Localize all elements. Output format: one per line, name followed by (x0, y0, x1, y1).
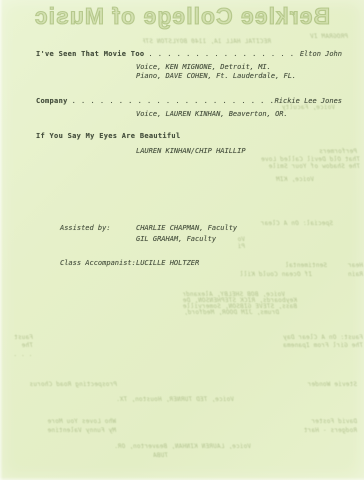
bleedthrough-text-line: Rain (345, 271, 363, 278)
bleedthrough-text-line: Heart (347, 262, 363, 269)
song-entry: Company . . . . . . . . . . . . . . . . … (36, 97, 342, 106)
bleedthrough-text-line: If Ocean Could Kill (240, 271, 312, 278)
bleedthrough-text-line: Faust: On A Clear Day (243, 334, 363, 341)
bleedthrough-text-line: RECITAL HALL 1A, 1140 BOYLSTON STREET (143, 38, 271, 45)
bleedthrough-text-line: Drums, JIM DOOR, Medford, MA. (183, 309, 279, 316)
credit-label: Assisted by: (60, 224, 111, 233)
bleedthrough-text-line: The Shadow of Your Smile (238, 163, 360, 170)
bleedthrough-text-line: . . . (6, 351, 32, 358)
performer-line: LAUREN KINHAN/CHIP HAILLIP (136, 147, 246, 156)
bleedthrough-text-line: Faust (3, 334, 33, 341)
bleedthrough-text-line: Voice, TED TURNER, Houston, TX. (100, 396, 234, 403)
dot-leader: . . . . . . . . . . . . . . . . . . . . … (144, 50, 299, 59)
song-entry: I've Seen That Movie Too . . . . . . . .… (36, 50, 342, 59)
song-artist: Elton John (300, 50, 342, 59)
bleedthrough-text-line: Voice, KIM (252, 176, 314, 183)
bleedthrough-text-line: TUBA (140, 452, 168, 459)
bleedthrough-text-line: The (3, 342, 33, 349)
credit-label: Class Accompanist: (60, 259, 136, 268)
bleedthrough-text-line: Sentimental (247, 262, 327, 269)
performer-line: Voice, KEN MIGNONE, Detroit, MI. (136, 63, 271, 72)
credit-name: GIL GRAHAM, Faculty (136, 235, 216, 244)
bleedthrough-text-line: David Foster (275, 418, 357, 425)
bleedthrough-text-line: That Old Devil Called Love (238, 156, 360, 163)
bleedthrough-text-line: The Girl From Ipanema (243, 342, 363, 349)
bleedthrough-text-line: My Funny Valentine (20, 427, 116, 434)
bleedthrough-text-line: Special: On A Clear (247, 220, 333, 227)
bleedthrough-text-line: Rodgers - Hart (268, 427, 357, 434)
bleedthrough-text-line: Voice, LAUREN KINHAN, Beaverton, OR. (113, 443, 251, 450)
bleedthrough-text-line: Vo (229, 236, 245, 243)
song-title: Company (36, 97, 68, 106)
performer-line: Piano, DAVE COHEN, Ft. Lauderdale, FL. (136, 72, 296, 81)
dot-leader: . . . . . . . . . . . . . . . . . . . . … (68, 97, 275, 106)
song-artist: Rickie Lee Jones (275, 97, 342, 106)
song-title: I've Seen That Movie Too (36, 50, 144, 59)
performer-line: Voice, LAUREN KINHAN, Beaverton, OR. (136, 110, 288, 119)
bleedthrough-text-line: Stevie Wonder (300, 381, 357, 388)
bleedthrough-berklee-title: Berklee College of Music (0, 3, 364, 30)
credit-name: CHARLIE CHAPMAN, Faculty (136, 224, 237, 233)
bleedthrough-text-line: Pi (229, 243, 245, 250)
bleedthrough-text-line: PROGRAM IV (300, 33, 348, 40)
bleedthrough-text-line: Prospecting Road Chorus (25, 381, 117, 388)
bleedthrough-text-line: Who Loves You More (20, 418, 116, 425)
song-title: If You Say My Eyes Are Beautiful (36, 132, 180, 141)
bleedthrough-text-line: Performers (245, 148, 357, 155)
program-page: Berklee College of Music PROGRAM IVRECIT… (0, 0, 364, 480)
scan-edge-left (0, 0, 3, 480)
credit-name: LUCILLE HOLTZER (136, 259, 199, 268)
